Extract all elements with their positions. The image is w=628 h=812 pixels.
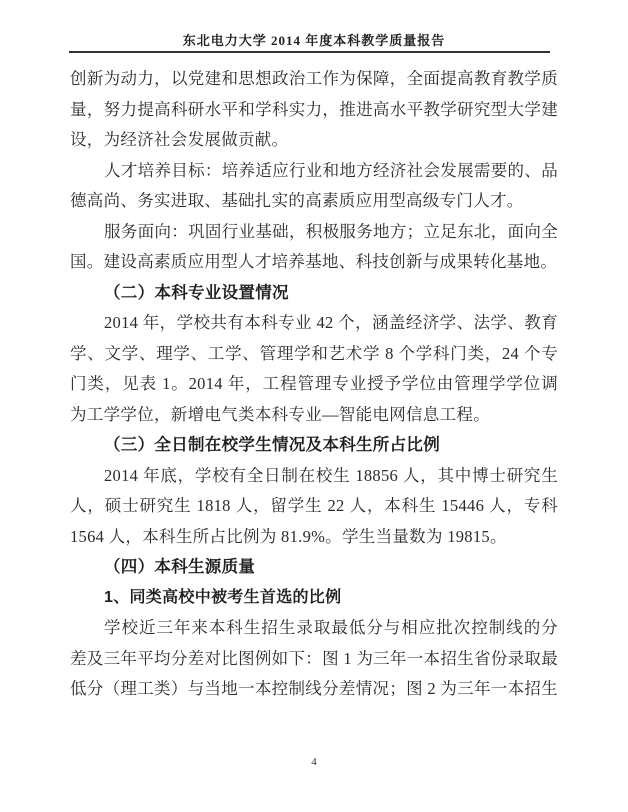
body-text-line: 人才培养目标：培养适应行业和地方经济社会发展需要的、品 (70, 156, 558, 187)
body-text-line: 服务面向：巩固行业基础，积极服务地方；立足东北，面向全 (70, 217, 558, 248)
section-heading: （三）全日制在校学生情况及本科生所占比例 (70, 430, 558, 461)
body-text-line: 人，硕士研究生 1818 人，留学生 22 人，本科生 15446 人，专科生 (70, 491, 558, 522)
body-text-line: 创新为动力，以党建和思想政治工作为保障，全面提高教育教学质 (70, 64, 558, 95)
body-text-line: 德高尚、务实进取、基础扎实的高素质应用型高级专门人才。 (70, 186, 558, 217)
header-rule (69, 51, 550, 53)
section-heading: （四）本科生源质量 (70, 552, 558, 583)
header-title: 东北电力大学 2014 年度本科教学质量报告 (0, 30, 628, 49)
body-text-line: 1564 人，本科生所占比例为 81.9%。学生当量数为 19815。 (70, 522, 558, 553)
body-text-line: 为工学学位，新增电气类本科专业—智能电网信息工程。 (70, 400, 558, 431)
body-text-line: 低分（理工类）与当地一本控制线分差情况；图 2 为三年一本招生 (70, 674, 558, 705)
body-text-line: 2014 年，学校共有本科专业 42 个，涵盖经济学、法学、教育 (70, 308, 558, 339)
body-text-line: 门类，见表 1。2014 年，工程管理专业授予学位由管理学学位调整 (70, 369, 558, 400)
document-page: 东北电力大学 2014 年度本科教学质量报告 创新为动力，以党建和思想政治工作为… (0, 0, 628, 812)
body-text-line: 差及三年平均分差对比图例如下：图 1 为三年一本招生省份录取最 (70, 644, 558, 675)
body-text-line: 学、文学、理学、工学、管理学和艺术学 8 个学科门类，24 个专业 (70, 339, 558, 370)
document-body: 创新为动力，以党建和思想政治工作为保障，全面提高教育教学质量，努力提高科研水平和… (70, 64, 558, 705)
page-number: 4 (0, 756, 628, 768)
body-text-line: 国。建设高素质应用型人才培养基地、科技创新与成果转化基地。 (70, 247, 558, 278)
body-text-line: 学校近三年来本科生招生录取最低分与相应批次控制线的分 (70, 613, 558, 644)
body-text-line: 量，努力提高科研水平和学科实力，推进高水平教学研究型大学建 (70, 95, 558, 126)
section-heading: （二）本科专业设置情况 (70, 278, 558, 309)
section-heading: 1、同类高校中被考生首选的比例 (70, 583, 558, 614)
body-text-line: 设，为经济社会发展做贡献。 (70, 125, 558, 156)
body-text-line: 2014 年底，学校有全日制在校生 18856 人，其中博士研究生 6 (70, 461, 558, 492)
